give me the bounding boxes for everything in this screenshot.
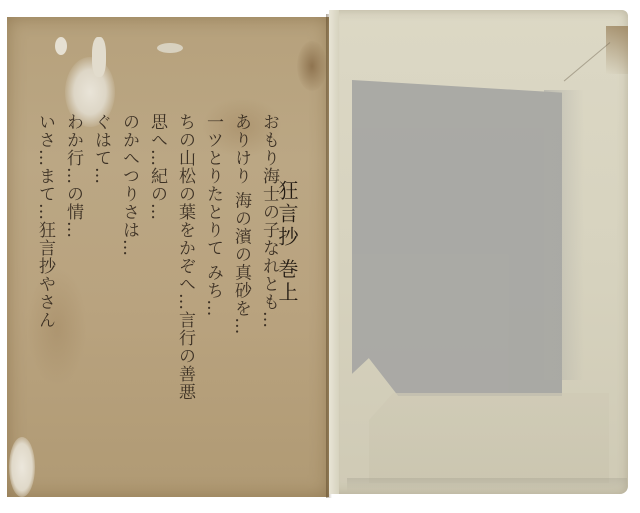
gray-panel-shadow <box>544 90 584 380</box>
page-edge <box>329 10 339 494</box>
paper-stain <box>55 37 67 55</box>
text-column: いさ…まて…狂言抄やさん <box>35 113 55 329</box>
book-photo: 狂言抄 巻上 おもり海士の子なれとも… ありけり 海の濱の真砂を… 一ツとりたと… <box>0 0 640 513</box>
text-column: ちの山松の葉をかぞへ…言行の善悪 <box>175 113 195 401</box>
text-column: ぐはて… <box>91 113 111 185</box>
bottom-band <box>347 478 627 492</box>
text-column: 思へ…紀の… <box>147 113 167 221</box>
text-column: ありけり 海の濱の真砂を… <box>231 113 251 335</box>
left-page-manuscript: 狂言抄 巻上 おもり海士の子なれとも… ありけり 海の濱の真砂を… 一ツとりたと… <box>7 17 329 497</box>
paper-stain <box>92 37 106 77</box>
bottom-fold <box>369 393 609 483</box>
text-column: わか行…の情… <box>63 113 83 239</box>
manuscript-text: おもり海士の子なれとも… ありけり 海の濱の真砂を… 一ツとりたとりて みち… … <box>21 113 321 493</box>
gray-panel <box>352 80 562 396</box>
text-column: 一ツとりたとりて みち… <box>203 113 223 317</box>
right-page-blank-sheet <box>329 10 628 494</box>
text-column: のかへつりさは… <box>119 113 139 257</box>
corner-crease <box>564 42 611 81</box>
corner-stain <box>606 26 628 74</box>
paper-stain <box>297 41 327 91</box>
paper-stain <box>157 43 183 53</box>
text-column: おもり海士の子なれとも… <box>259 113 279 329</box>
